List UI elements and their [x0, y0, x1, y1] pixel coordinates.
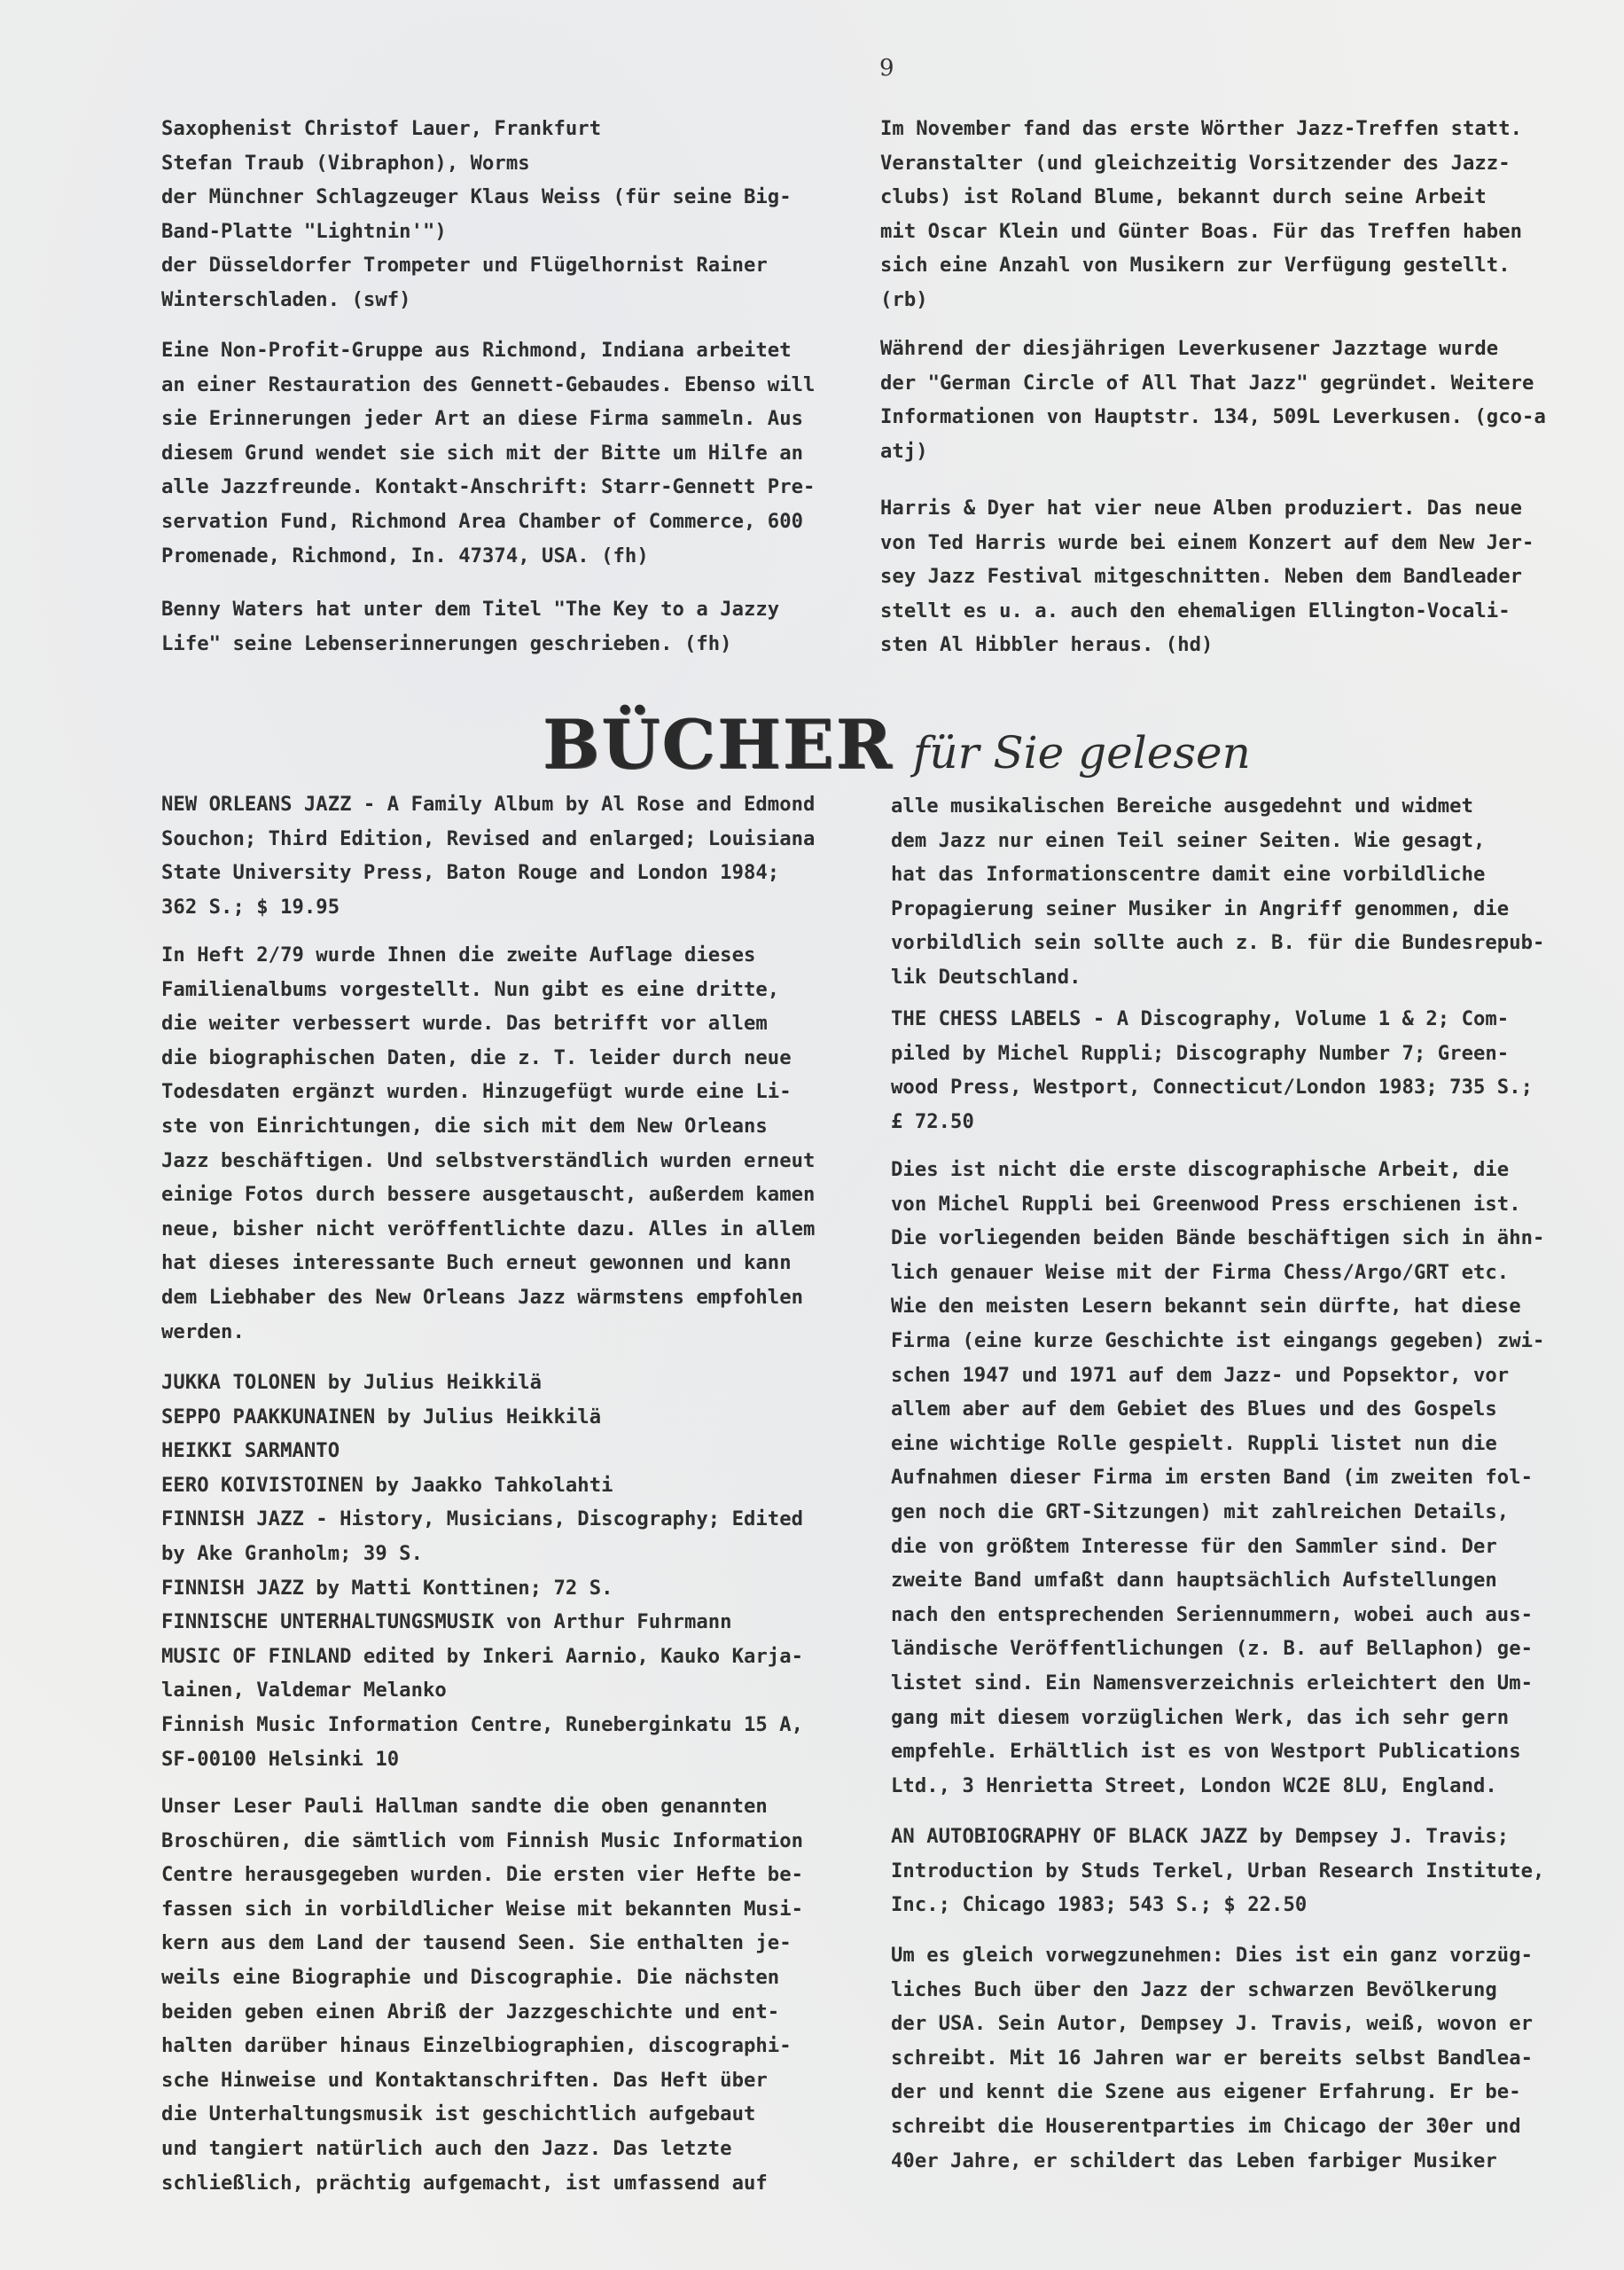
book-review-chess-labels-citation: THE CHESS LABELS - A Discography, Volume…	[891, 1002, 1533, 1139]
heading-subtitle: für Sie gelesen	[913, 727, 1251, 779]
heading-buecher: BÜCHER	[543, 705, 894, 784]
book-list-finnish: JUKKA TOLONEN by Julius Heikkilä SEPPO P…	[161, 1366, 803, 1776]
news-item-woerth-jazz: Im November fand das erste Wörther Jazz-…	[880, 112, 1522, 317]
book-review-black-jazz-text: Um es gleich vorwegzunehmen: Dies ist ei…	[891, 1938, 1533, 2178]
book-review-new-orleans-jazz-text: In Heft 2/79 wurde Ihnen die zweite Aufl…	[161, 938, 815, 1349]
book-review-new-orleans-jazz-citation: NEW ORLEANS JAZZ - A Family Album by Al …	[161, 787, 815, 924]
section-heading: BÜCHER für Sie gelesen	[543, 705, 1251, 784]
page-number: 9	[879, 55, 894, 82]
book-review-black-jazz-citation: AN AUTOBIOGRAPHY OF BLACK JAZZ by Dempse…	[891, 1820, 1544, 1922]
news-item-harris-dyer: Harris & Dyer hat vier neue Alben produz…	[880, 491, 1534, 662]
news-item-musicians: Saxophenist Christof Lauer, Frankfurt St…	[161, 112, 792, 317]
news-item-gennett: Eine Non-Profit-Gruppe aus Richmond, Ind…	[161, 333, 815, 573]
book-review-finnish-text: Unser Leser Pauli Hallman sandte die obe…	[161, 1789, 803, 2200]
book-review-finnish-continued: alle musikalischen Bereiche ausgedehnt u…	[891, 789, 1544, 995]
book-review-chess-labels-text: Dies ist nicht die erste discographische…	[891, 1153, 1544, 1803]
news-item-benny-waters: Benny Waters hat unter dem Titel "The Ke…	[161, 592, 779, 661]
news-item-leverkusen: Während der diesjährigen Leverkusener Ja…	[880, 332, 1546, 468]
